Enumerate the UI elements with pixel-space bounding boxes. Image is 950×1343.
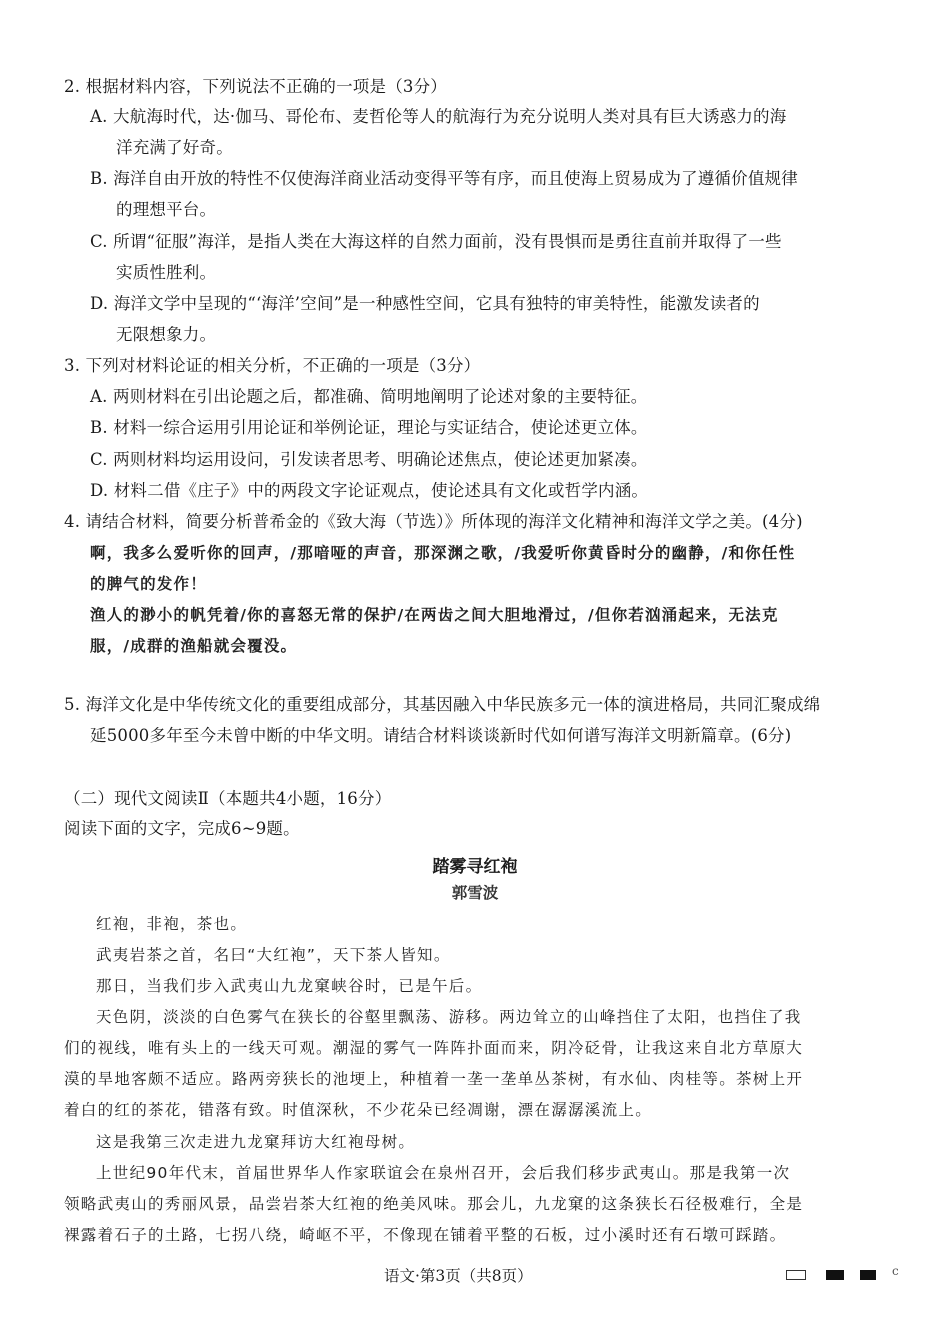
question-2-option-a-cont: 洋充满了好奇。 [116, 137, 233, 159]
filled-rectangle-mark-icon [826, 1270, 844, 1280]
article-paragraph-cont: 着白的红的茶花，错落有致。时值深秋，不少花朵已经凋谢，漂在潺潺溪流上。 [64, 1099, 652, 1121]
poem-line: 的脾气的发作！ [90, 573, 207, 595]
article-paragraph: 红袍，非袍，茶也。 [96, 913, 247, 935]
question-5-stem: 5. 海洋文化是中华传统文化的重要组成部分，其基因融入中华民族多元一体的演进格局… [64, 694, 820, 716]
question-3-option-b: B. 材料一综合运用引用论证和举例论证，理论与实证结合，使论述更立体。 [90, 417, 648, 439]
article-paragraph-cont: 漠的旱地客颇不适应。路两旁狭长的池埂上，种植着一垄一垄单丛茶树，有水仙、肉桂等。… [64, 1068, 803, 1090]
scan-mark-char: c [892, 1264, 899, 1278]
article-paragraph-cont: 领略武夷山的秀丽风景，品尝岩茶大红袍的绝美风味。那会儿，九龙窠的这条狭长石径极难… [64, 1193, 803, 1215]
question-3-option-c: C. 两则材料均运用设问，引发读者思考、明确论述焦点，使论述更加紧凑。 [90, 449, 648, 471]
article-paragraph: 这是我第三次走进九龙窠拜访大红袍母树。 [96, 1131, 415, 1153]
article-paragraph: 武夷岩茶之首，名曰“大红袍”，天下茶人皆知。 [96, 944, 451, 966]
question-2-option-b-cont: 的理想平台。 [116, 199, 216, 221]
filled-rectangle-mark-icon [860, 1270, 876, 1280]
poem-line: 服，/成群的渔船就会覆没。 [90, 635, 297, 657]
question-2-option-b: B. 海洋自由开放的特性不仅使海洋商业活动变得平等有序，而且使海上贸易成为了遵循… [90, 168, 798, 190]
question-3-option-a: A. 两则材料在引出论题之后，都准确、简明地阐明了论述对象的主要特征。 [90, 386, 647, 408]
article-paragraph: 上世纪90年代末，首届世界华人作家联谊会在泉州召开，会后我们移步武夷山。那是我第… [96, 1162, 790, 1184]
section-instruction: 阅读下面的文字，完成6~9题。 [64, 818, 300, 840]
article-paragraph: 那日，当我们步入武夷山九龙窠峡谷时，已是午后。 [96, 975, 482, 997]
question-5-stem-cont: 延5000多年至今未曾中断的中华文明。请结合材料谈谈新时代如何谱写海洋文明新篇章… [90, 725, 791, 747]
question-2-option-d-cont: 无限想象力。 [116, 324, 216, 346]
section-heading: （二）现代文阅读Ⅱ（本题共4小题，16分） [64, 788, 391, 810]
article-paragraph: 天色阴，淡淡的白色雾气在狭长的谷壑里飘荡、游移。两边耸立的山峰挡住了太阳，也挡住… [96, 1006, 802, 1028]
scan-registration-marks: c [786, 1265, 899, 1285]
article-paragraph-cont: 们的视线，唯有头上的一线天可观。潮湿的雾气一阵阵扑面而来，阴冷砭骨，让我这来自北… [64, 1037, 803, 1059]
question-2-stem: 2. 根据材料内容，下列说法不正确的一项是（3分） [64, 76, 447, 98]
page-footer: 语文·第3页（共8页） [384, 1264, 533, 1286]
poem-line: 啊，我多么爱听你的回声，/那喑哑的声音，那深渊之歌，/我爱听你黄昏时分的幽静，/… [90, 542, 795, 564]
question-2-option-d: D. 海洋文学中呈现的“‘海洋’空间”是一种感性空间，它具有独特的审美特性，能激… [90, 293, 760, 315]
question-3-stem: 3. 下列对材料论证的相关分析，不正确的一项是（3分） [64, 355, 480, 377]
exam-page: 2. 根据材料内容，下列说法不正确的一项是（3分） A. 大航海时代，达·伽马、… [0, 0, 950, 1343]
article-author: 郭雪波 [0, 881, 950, 903]
article-paragraph-cont: 裸露着石子的土路，七拐八绕，崎岖不平，不像现在铺着平整的石板，过小溪时还有石墩可… [64, 1224, 786, 1246]
question-2-option-c-cont: 实质性胜利。 [116, 262, 216, 284]
question-4-stem: 4. 请结合材料，简要分析普希金的《致大海（节选）》所体现的海洋文化精神和海洋文… [64, 511, 803, 533]
question-2-option-c: C. 所谓“征服”海洋，是指人类在大海这样的自然力面前，没有畏惧而是勇往直前并取… [90, 231, 782, 253]
poem-line: 渔人的渺小的帆凭着/你的喜怒无常的保护/在两齿之间大胆地滑过，/但你若汹涌起来，… [90, 604, 779, 626]
article-title: 踏雾寻红袍 [0, 852, 950, 877]
question-2-option-a: A. 大航海时代，达·伽马、哥伦布、麦哲伦等人的航海行为充分说明人类对具有巨大诱… [90, 106, 786, 128]
question-3-option-d: D. 材料二借《庄子》中的两段文字论证观点，使论述具有文化或哲学内涵。 [90, 480, 648, 502]
open-rectangle-mark-icon [786, 1270, 806, 1280]
